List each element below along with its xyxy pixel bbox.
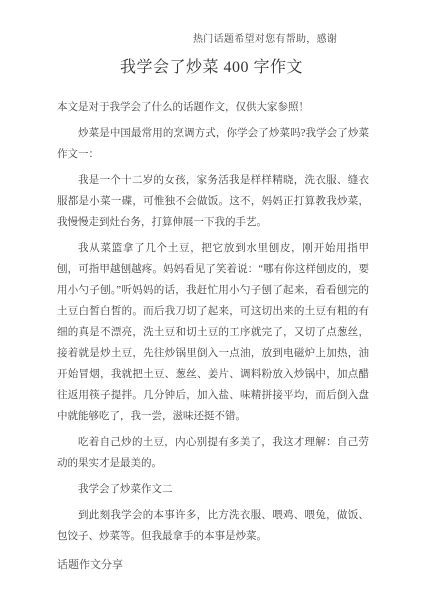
document-page: 热门话题希望对您有帮助，感谢 我学会了炒菜 400 字作文 本文是对于我学会了什… [0, 0, 423, 600]
intro-paragraph: 本文是对于我学会了什么的话题作文，仅供大家参照！ [57, 97, 369, 118]
essay-paragraph: 吃着自己炒的土豆，内心别提有多美了，我这才理解：自己劳动的果实才是最美的。 [57, 432, 369, 474]
essay-paragraph: 我从菜篮拿了几个土豆，把它放到水里刨皮，刚开始用指甲刨，可指甲越刨越疼。妈妈看见… [57, 238, 369, 427]
essay-two-heading: 我学会了炒菜作文二 [57, 479, 369, 500]
essay-lead-paragraph: 炒菜是中国最常用的烹调方式，你学会了炒菜吗?我学会了炒菜作文一： [57, 123, 369, 165]
header-note: 热门话题希望对您有帮助，感谢 [193, 30, 337, 45]
essay-paragraph: 到此刻我学会的本事许多，比方洗衣服、喂鸡、喂兔，做饭、包饺子、炒菜等。但我最拿手… [57, 505, 369, 547]
footer-note: 话题作文分享 [57, 556, 123, 572]
essay-body: 本文是对于我学会了什么的话题作文，仅供大家参照！ 炒菜是中国最常用的烹调方式，你… [57, 97, 369, 552]
essay-paragraph: 我是一个十二岁的女孩，家务活我是样样精晓，洗衣服、缝衣服都是小菜一碟，可惟独不会… [57, 170, 369, 233]
page-title: 我学会了炒菜 400 字作文 [0, 54, 423, 77]
